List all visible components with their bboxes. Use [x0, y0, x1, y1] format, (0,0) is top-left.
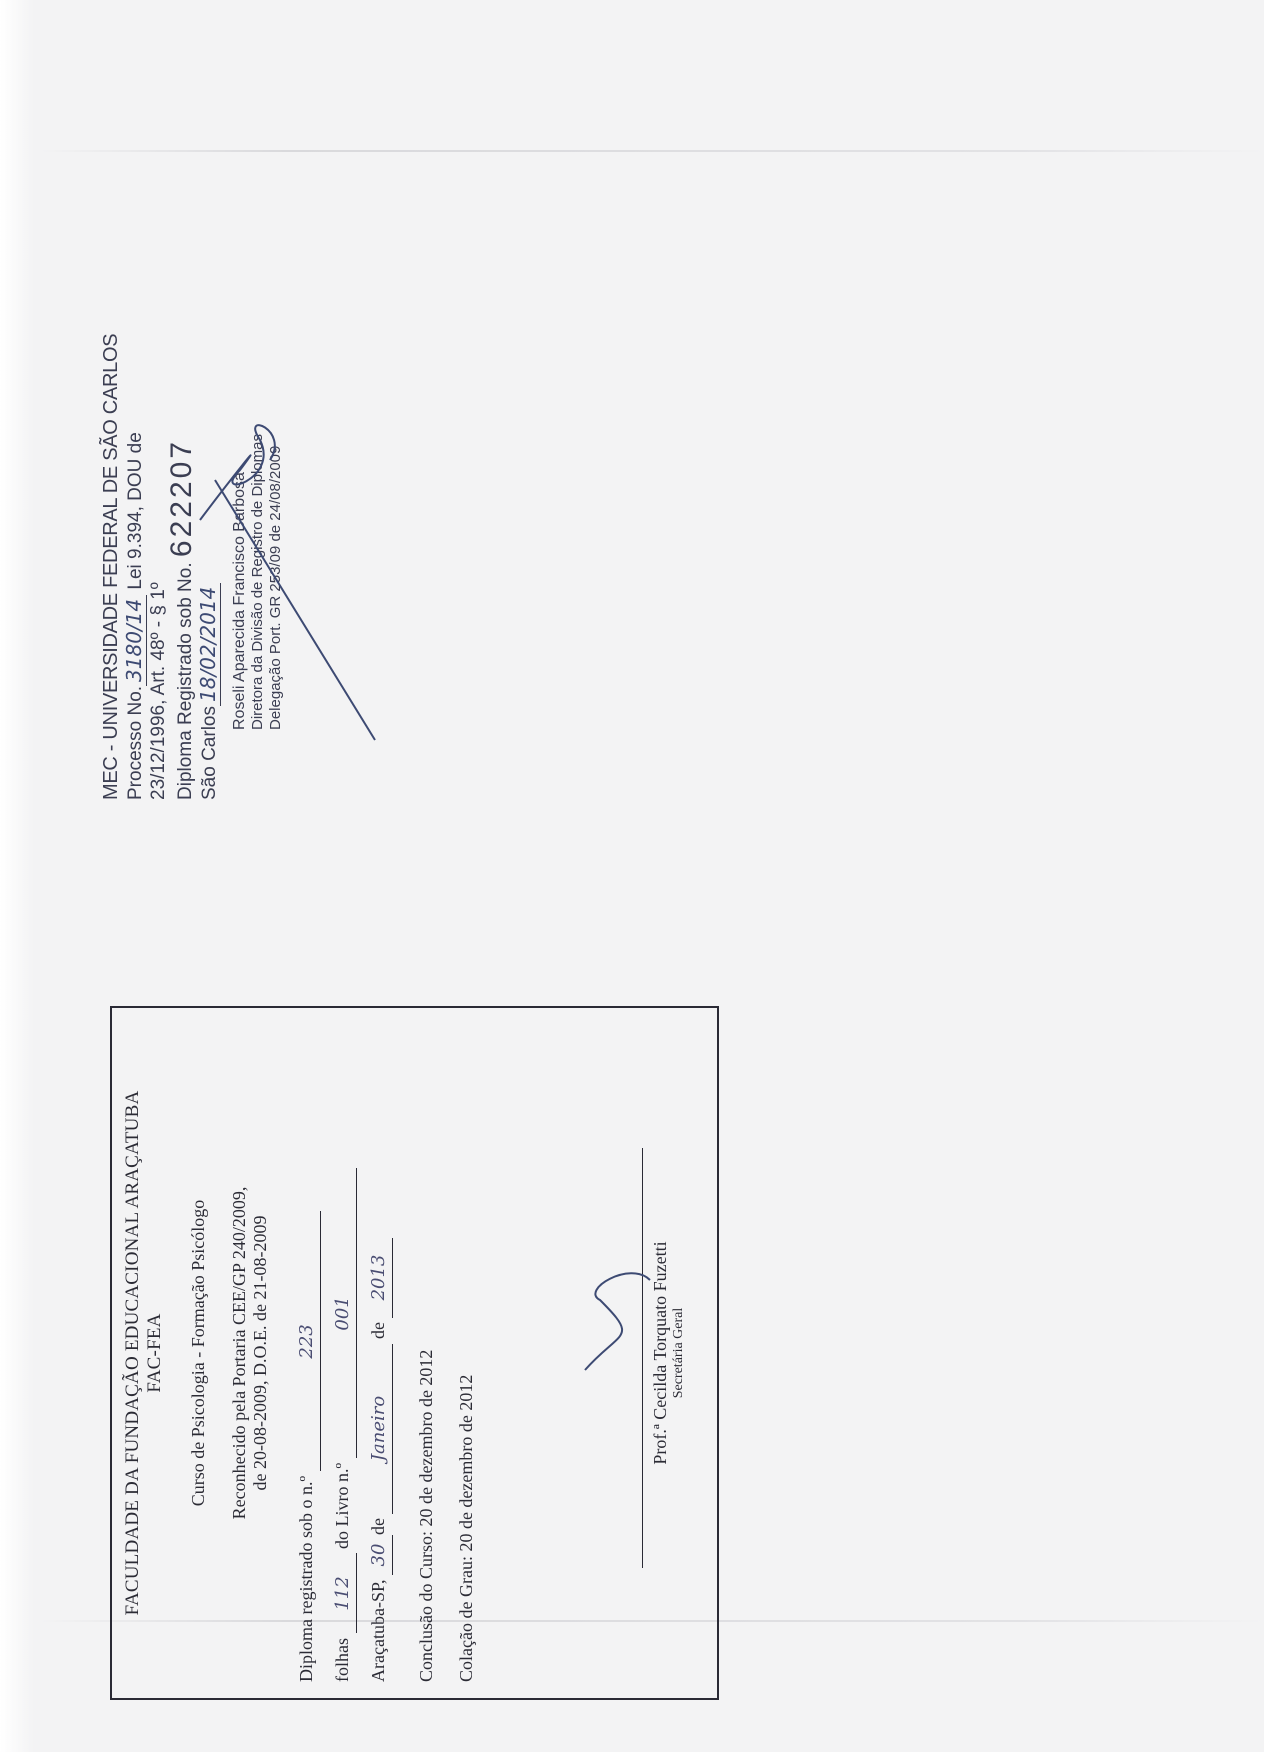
paper-fold [40, 150, 1264, 152]
scan-edge [0, 0, 34, 1752]
month-value: Janeiro [366, 1344, 393, 1514]
box-signer-role: Secretária Geral [671, 1008, 687, 1698]
place-date-row: Araçatuba-SP, 30de Janeiro de 2013 [365, 1024, 393, 1682]
recognition-line-1: Reconhecido pela Portaria CEE/GP 240/200… [229, 1024, 250, 1682]
stamp-title: MEC - UNIVERSIDADE FEDERAL DE SÃO CARLOS [100, 340, 123, 800]
conclusion-date: Conclusão do Curso: 20 de dezembro de 20… [413, 1024, 439, 1682]
folhas-number: 112 [330, 1554, 357, 1634]
diploma-registration-box: FACULDADE DA FUNDAÇÃO EDUCACIONAL ARAÇAT… [110, 1006, 719, 1700]
registered-number: 223 [294, 1211, 321, 1471]
day-value: 30 [366, 1535, 393, 1575]
stamp-date: 18/02/2014 [196, 583, 221, 706]
institution-name: FACULDADE DA FUNDAÇÃO EDUCACIONAL ARAÇAT… [122, 1024, 144, 1682]
stamp-signer-name: Roseli Aparecida Francisco Barbosa [231, 340, 249, 730]
registration-stamp: MEC - UNIVERSIDADE FEDERAL DE SÃO CARLOS… [100, 340, 285, 800]
course-name: Curso de Psicologia - Formação Psicólogo [188, 1024, 209, 1682]
signature-line [642, 1148, 643, 1568]
stamp-signature-block: Roseli Aparecida Francisco Barbosa Diret… [231, 340, 285, 800]
processo-number: 3180/14 [122, 595, 147, 686]
registered-number-row: Diploma registrado sob o n.º 223 [293, 1024, 321, 1682]
recognition-line-2: de 20-08-2009, D.O.E. de 21-08-2009 [250, 1024, 271, 1682]
box-signature-block: Prof.ª Cecilda Torquato Fuzetti Secretár… [650, 1008, 687, 1698]
colacao-date: Colação de Grau: 20 de dezembro de 2012 [453, 1024, 479, 1682]
stamp-law-date: 23/12/1996, Art. 48º - § 1º [147, 340, 170, 800]
stamp-city-date: São Carlos18/02/2014 [197, 340, 221, 800]
year-value: 2013 [366, 1238, 393, 1318]
institution-acronym: FAC-FEA [144, 1024, 166, 1682]
box-signer-name: Prof.ª Cecilda Torquato Fuzetti [650, 1008, 671, 1698]
stamp-signer-delegation: Delegação Port. GR 253/09 de 24/08/2009 [267, 340, 285, 730]
stamp-registro: Diploma Registrado sob No. 622207 [170, 340, 197, 800]
registro-number: 622207 [165, 439, 198, 557]
folhas-row: folhas 112 do Livro n.º 001 [329, 1024, 357, 1682]
stamp-processo: Processo No.3180/14 Lei 9.394, DOU de [123, 340, 147, 800]
stamp-signer-role: Diretora da Divisão de Registro de Diplo… [249, 340, 267, 730]
livro-number: 001 [330, 1168, 357, 1458]
